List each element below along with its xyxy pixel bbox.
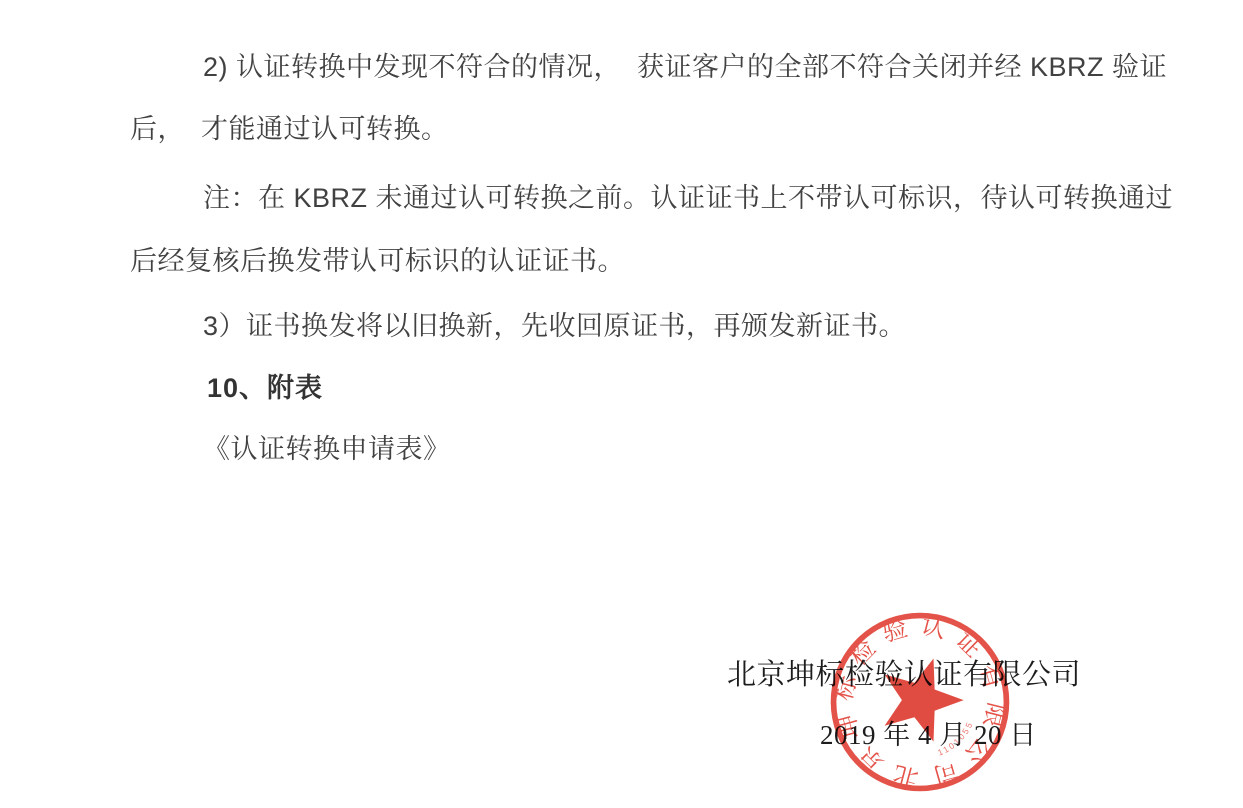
document-page: 2) 认证转换中发现不符合的情况， 获证客户的全部不符合关闭并经 KBRZ 验证… [0,0,1243,808]
paragraph-3: 3）证书换发将以旧换新，先收回原证书，再颁发新证书。 [203,309,906,343]
paragraph-2-line-1: 2) 认证转换中发现不符合的情况， 获证客户的全部不符合关闭并经 KBRZ 验证 [203,50,1167,84]
seal-star-icon [870,646,973,747]
company-seal: 北京坤标检验认证有限公司 1101055 [825,607,1015,797]
note-line-1: 注：在 KBRZ 未通过认可转换之前。认证证书上不带认可标识，待认可转换通过 [203,181,1173,215]
attachment-title: 《认证转换申请表》 [203,432,451,466]
paragraph-2-line-2: 后， 才能通过认可转换。 [130,112,449,146]
section-heading-10: 10、附表 [207,371,323,405]
note-line-2: 后经复核后换发带认可标识的认证证书。 [130,244,625,278]
